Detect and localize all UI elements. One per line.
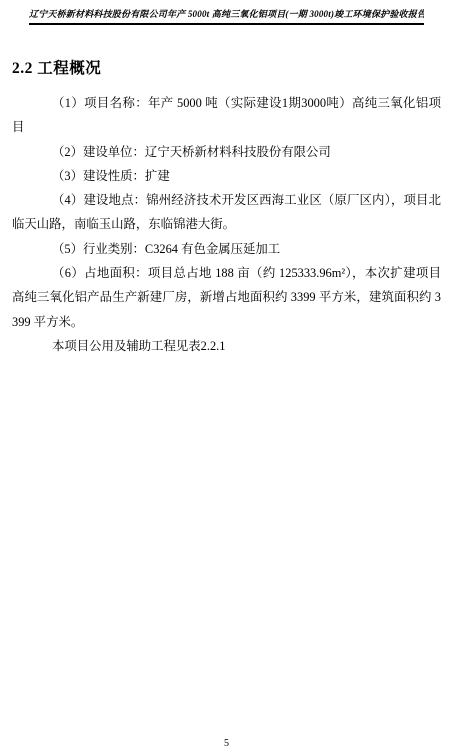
paragraph-construction-nature: （3）建设性质：扩建 [12,164,441,188]
running-header: 辽宁天桥新材料科技股份有限公司年产 5000t 高纯三氧化铝项目(一期 3000… [29,7,424,25]
paragraph-industry-category: （5）行业类别：C3264 有色金属压延加工 [12,237,441,261]
paragraph-project-name: （1）项目名称：年产 5000 吨（实际建设1期3000吨）高纯三氧化铝项目 [12,91,441,140]
document-page: 辽宁天桥新材料科技股份有限公司年产 5000t 高纯三氧化铝项目(一期 3000… [0,0,453,756]
paragraph-land-area: （6）占地面积：项目总占地 188 亩（约 125333.96m²），本次扩建项… [12,261,441,334]
paragraph-construction-location: （4）建设地点：锦州经济技术开发区西海工业区（原厂区内），项目北临天山路，南临玉… [12,188,441,237]
page-number: 5 [0,738,453,749]
paragraph-see-table: 本项目公用及辅助工程见表2.2.1 [12,334,441,358]
page-content: 2.2 工程概况 （1）项目名称：年产 5000 吨（实际建设1期3000吨）高… [12,56,441,358]
paragraph-construction-unit: （2）建设单位：辽宁天桥新材料科技股份有限公司 [12,140,441,164]
section-title: 2.2 工程概况 [12,56,441,78]
